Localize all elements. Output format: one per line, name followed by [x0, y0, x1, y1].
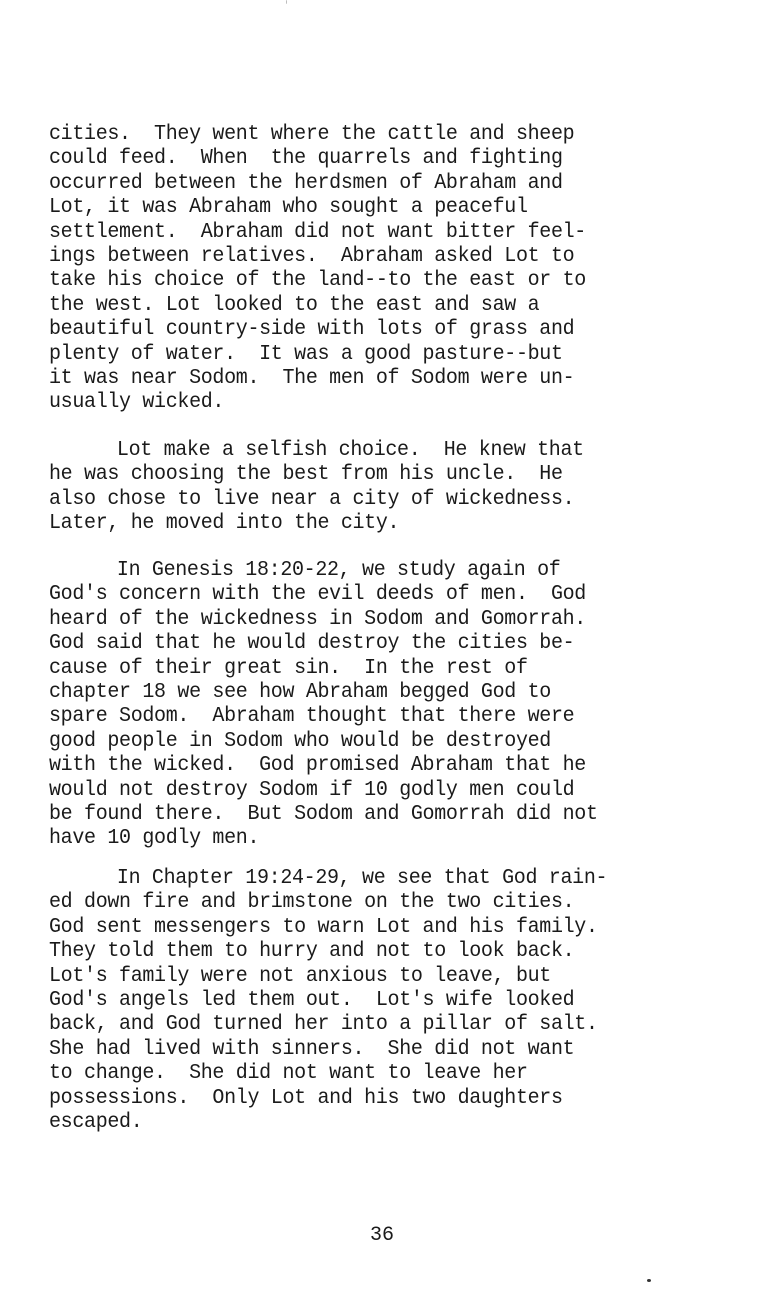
- text-line: cause of their great sin. In the rest of: [49, 656, 700, 680]
- text-line: would not destroy Sodom if 10 godly men …: [49, 778, 700, 802]
- text-line-indented: In Chapter 19:24-29, we see that God rai…: [49, 866, 700, 890]
- text-line: cities. They went where the cattle and s…: [49, 122, 700, 146]
- text-line: escaped.: [49, 1110, 700, 1134]
- text-line: God said that he would destroy the citie…: [49, 631, 700, 655]
- text-line: God sent messengers to warn Lot and his …: [49, 915, 700, 939]
- text-line: Lot's family were not anxious to leave, …: [49, 964, 700, 988]
- paragraph-2: Lot make a selfish choice. He knew that …: [49, 438, 749, 536]
- scan-speck: [286, 0, 287, 4]
- text-line: possessions. Only Lot and his two daught…: [49, 1086, 700, 1110]
- text-line: ed down fire and brimstone on the two ci…: [49, 890, 700, 914]
- text-line: ings between relatives. Abraham asked Lo…: [49, 244, 700, 268]
- paragraph-3: In Genesis 18:20-22, we study again of G…: [49, 558, 749, 851]
- text-line: to change. She did not want to leave her: [49, 1061, 700, 1085]
- text-line: he was choosing the best from his uncle.…: [49, 462, 700, 486]
- text-line: be found there. But Sodom and Gomorrah d…: [49, 802, 700, 826]
- text-line: beautiful country-side with lots of gras…: [49, 317, 700, 341]
- page-number: 36: [0, 1224, 769, 1247]
- text-line: have 10 godly men.: [49, 826, 700, 850]
- paragraph-4: In Chapter 19:24-29, we see that God rai…: [49, 866, 749, 1134]
- text-line: plenty of water. It was a good pasture--…: [49, 342, 700, 366]
- text-line: the west. Lot looked to the east and saw…: [49, 293, 700, 317]
- paragraph-1: cities. They went where the cattle and s…: [49, 122, 749, 415]
- text-line: could feed. When the quarrels and fighti…: [49, 146, 700, 170]
- text-line: They told them to hurry and not to look …: [49, 939, 700, 963]
- text-line: heard of the wickedness in Sodom and Gom…: [49, 607, 700, 631]
- text-line: Lot, it was Abraham who sought a peacefu…: [49, 195, 700, 219]
- text-line: Later, he moved into the city.: [49, 511, 700, 535]
- text-line: also chose to live near a city of wicked…: [49, 487, 700, 511]
- text-line: occurred between the herdsmen of Abraham…: [49, 171, 700, 195]
- text-line: She had lived with sinners. She did not …: [49, 1037, 700, 1061]
- text-line: chapter 18 we see how Abraham begged God…: [49, 680, 700, 704]
- text-line-indented: In Genesis 18:20-22, we study again of: [49, 558, 700, 582]
- text-line: take his choice of the land--to the east…: [49, 268, 700, 292]
- text-line: God's angels led them out. Lot's wife lo…: [49, 988, 700, 1012]
- text-line: good people in Sodom who would be destro…: [49, 729, 700, 753]
- scan-speck: [647, 1279, 651, 1282]
- text-line-indented: Lot make a selfish choice. He knew that: [49, 438, 700, 462]
- text-line: back, and God turned her into a pillar o…: [49, 1012, 700, 1036]
- text-line: usually wicked.: [49, 390, 700, 414]
- text-line: it was near Sodom. The men of Sodom were…: [49, 366, 700, 390]
- text-line: God's concern with the evil deeds of men…: [49, 582, 700, 606]
- document-page: cities. They went where the cattle and s…: [0, 0, 774, 1293]
- text-line: settlement. Abraham did not want bitter …: [49, 220, 700, 244]
- text-line: spare Sodom. Abraham thought that there …: [49, 704, 700, 728]
- text-line: with the wicked. God promised Abraham th…: [49, 753, 700, 777]
